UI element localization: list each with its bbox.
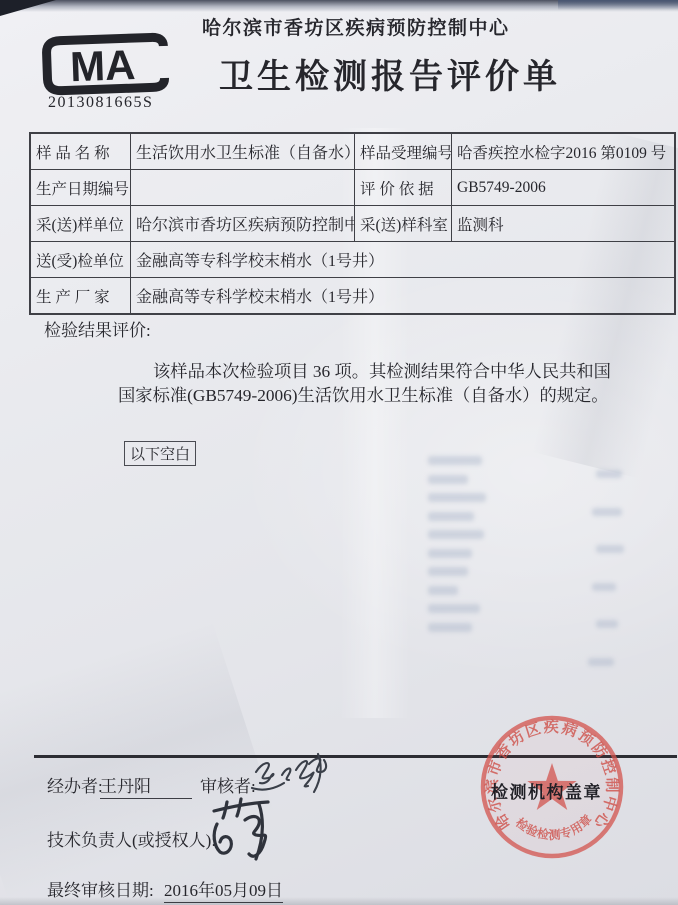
field-value: 金融高等专科学校末梢水（1号井）	[131, 242, 674, 277]
smudge	[428, 530, 484, 539]
smudge	[428, 604, 480, 613]
cma-letters: MA	[69, 41, 136, 90]
smudge	[588, 658, 614, 666]
document-photo: 哈尔滨市香坊区疾病预防控制中心 MA 2013081665S 卫生检测报告评价单…	[0, 0, 678, 905]
evaluation-section-label: 检验结果评价:	[44, 316, 151, 341]
table-row: 样 品 名 称 生活饮用水卫生标准（自备水） 样品受理编号 哈香疾控水检字201…	[31, 134, 674, 170]
field-label: 样品受理编号	[355, 134, 452, 169]
table-row: 生 产 厂 家 金融高等专科学校末梢水（1号井）	[31, 278, 674, 313]
field-label: 生产日期编号	[31, 170, 131, 205]
field-value: GB5749-2006	[452, 170, 674, 205]
table-row: 送(受)检单位 金融高等专科学校末梢水（1号井）	[31, 242, 674, 278]
smudge	[428, 567, 468, 576]
tech-responsible-label: 技术负责人(或授权人):	[47, 826, 216, 851]
operator-name-value: 王丹阳	[100, 772, 192, 799]
document-title: 卫生检测报告评价单	[219, 49, 561, 98]
field-label: 采(送)样单位	[31, 206, 131, 241]
table-row: 生产日期编号 评 价 依 据 GB5749-2006	[31, 170, 674, 206]
smudge	[428, 475, 468, 484]
cma-accreditation-logo-icon: MA	[41, 32, 173, 97]
smudge	[428, 512, 474, 521]
field-label: 送(受)检单位	[31, 242, 131, 277]
field-value: 金融高等专科学校末梢水（1号井）	[131, 278, 674, 313]
smudge	[592, 508, 622, 516]
stamp-caption: 检测机构盖章	[491, 778, 602, 803]
organization-name: 哈尔滨市香坊区疾病预防控制中心	[202, 13, 510, 40]
final-review-date-value: 2016年05月09日	[164, 876, 283, 903]
smudge	[596, 470, 622, 478]
photo-top-right-shadow	[558, 0, 678, 10]
field-value: 生活饮用水卫生标准（自备水）	[131, 134, 355, 169]
smudge	[596, 545, 624, 553]
table-row: 采(送)样单位 哈尔滨市香坊区疾病预防控制中心 采(送)样科室 监测科	[31, 206, 674, 242]
final-review-date: 2016年05月09日	[164, 876, 283, 903]
smudge	[596, 620, 618, 628]
field-value: 监测科	[452, 206, 674, 241]
field-label: 采(送)样科室	[355, 206, 452, 241]
field-label: 生 产 厂 家	[31, 278, 131, 313]
smudge	[428, 549, 472, 558]
final-review-date-label: 最终审核日期:	[47, 876, 154, 901]
field-value	[131, 170, 355, 205]
field-label: 样 品 名 称	[31, 134, 131, 169]
operator-name: 王丹阳	[100, 772, 192, 799]
field-value: 哈尔滨市香坊区疾病预防控制中心	[131, 206, 355, 241]
smudge	[428, 623, 472, 632]
field-label: 评 价 依 据	[355, 170, 452, 205]
reviewer-signature	[246, 750, 331, 800]
smudge	[428, 493, 486, 502]
blank-below-note: 以下空白	[124, 441, 196, 466]
tech-responsible-signature	[206, 797, 281, 865]
field-value: 哈香疾控水检字2016 第0109 号	[452, 134, 674, 169]
smudge	[428, 586, 458, 595]
cma-certificate-number: 2013081665S	[48, 94, 153, 112]
evaluation-result-text: 该样品本次检验项目 36 项。其检测结果符合中华人民共和国国家标准(GB5749…	[118, 360, 628, 407]
smudge	[428, 456, 482, 465]
sample-info-table: 样 品 名 称 生活饮用水卫生标准（自备水） 样品受理编号 哈香疾控水检字201…	[29, 132, 676, 315]
operator-label: 经办者:	[47, 772, 103, 797]
smudge	[592, 583, 616, 591]
